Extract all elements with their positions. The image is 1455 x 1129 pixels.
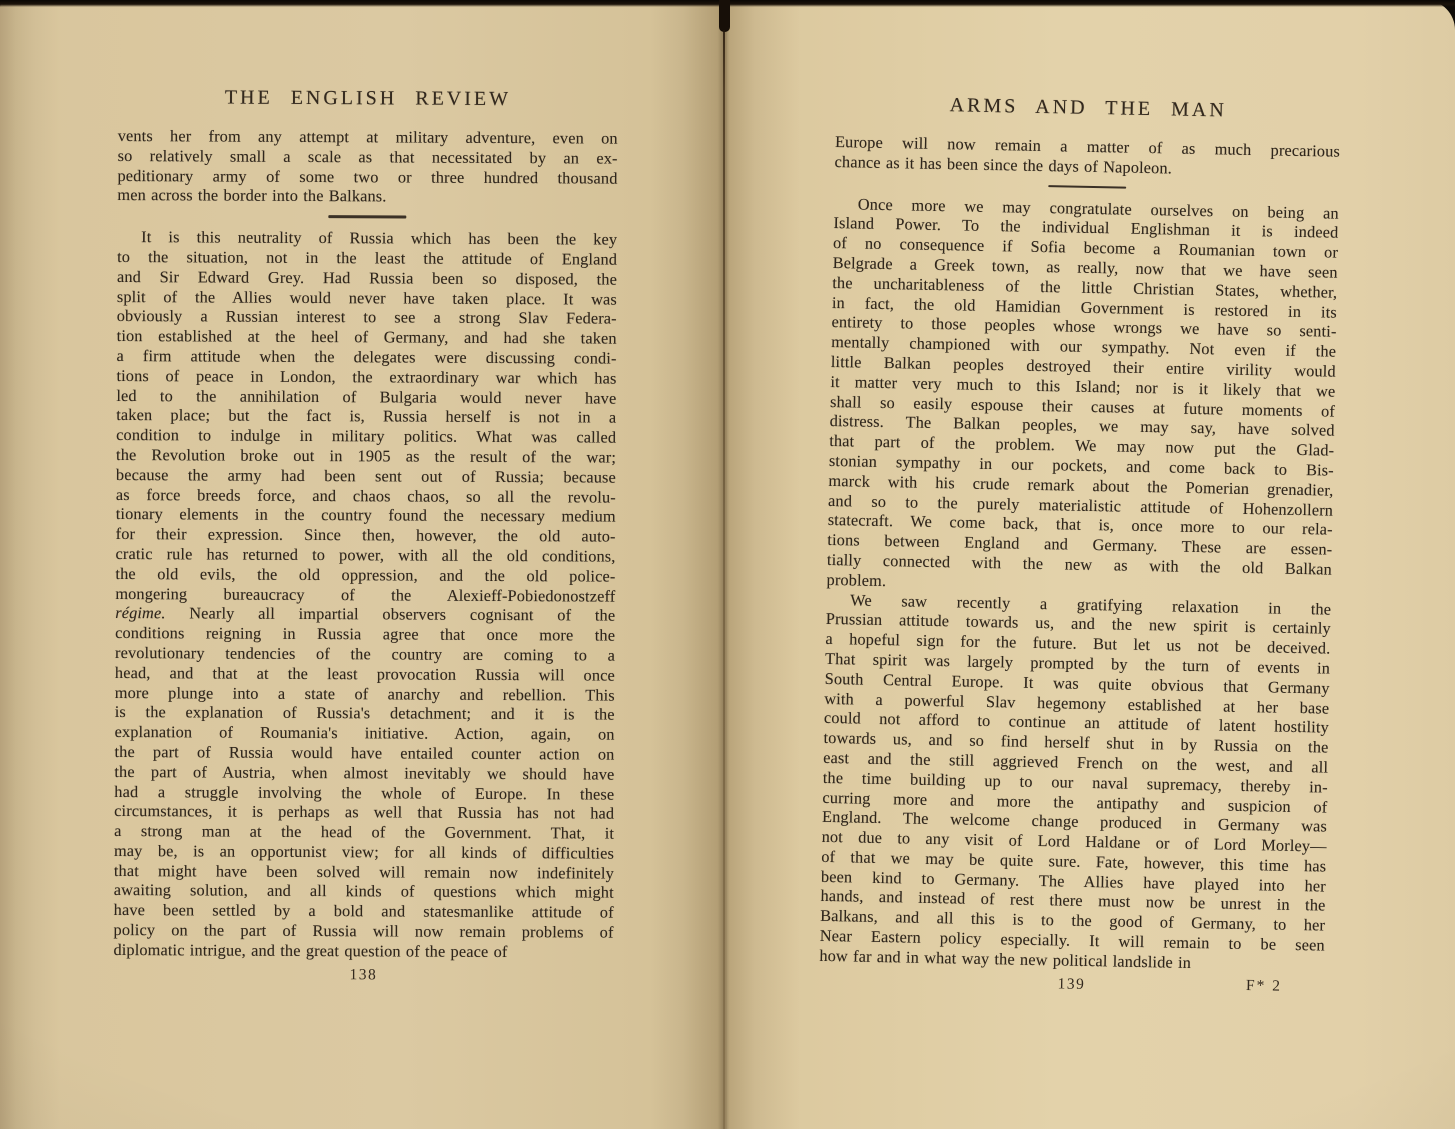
right-page-number: 139 (1057, 975, 1085, 993)
text-line: condition to indulge in military politic… (116, 425, 616, 447)
text-line: led to the annihilation of Bulgaria woul… (116, 386, 616, 408)
text-line: had a struggle involving the whole of Eu… (114, 781, 614, 803)
left-body-text: vents her from any attempt at military a… (113, 126, 617, 962)
text-line: for their expression. Since then, howeve… (116, 524, 616, 546)
text-line: It is this neutrality of Russia which ha… (117, 227, 617, 249)
text-line: vents her from any attempt at military a… (118, 126, 618, 148)
paragraph: It is this neutrality of Russia which ha… (113, 227, 617, 962)
right-body-text: Europe will now remain a matter of as mu… (819, 132, 1340, 975)
right-page: ARMS AND THE MAN Europe will now remain … (727, 0, 1455, 1129)
text-line: obviously a Russian interest to see a st… (117, 306, 617, 328)
text-line: have been settled by a bold and statesma… (114, 900, 614, 922)
text-line: circumstances, it is perhaps as well tha… (114, 801, 614, 823)
text-line: so relatively small a scale as that nece… (118, 146, 618, 168)
section-divider-rule (117, 214, 617, 220)
binding-stitch (719, 0, 730, 32)
text-line: policy on the part of Russia will now re… (114, 920, 614, 942)
text-line: because the army had been sent out of Ru… (116, 465, 616, 487)
text-line: as force breeds force, and chaos chaos, … (116, 485, 616, 507)
right-running-head: ARMS AND THE MAN (836, 92, 1341, 124)
text-line: peditionary army of some two or three hu… (117, 166, 617, 188)
text-line: taken place; but the fact is, Russia her… (116, 405, 616, 427)
right-page-footer: 139 F* 2 (819, 971, 1324, 999)
text-line: a firm attitude when the delegates were … (117, 346, 617, 368)
text-line: tionary elements in the country found th… (116, 504, 616, 526)
text-line: the part of Russia would have entailed c… (114, 742, 614, 764)
text-line: to the situation, not in the least the a… (117, 247, 617, 269)
text-line: the Revolution broke out in 1905 as the … (116, 445, 616, 467)
text-line: diplomatic intrigue, and the great quest… (113, 940, 613, 962)
text-line: explanation of Roumania's initiative. Ac… (115, 722, 615, 744)
paragraph: vents her from any attempt at military a… (117, 126, 617, 208)
text-line: tion established at the heel of Germany,… (117, 326, 617, 348)
text-line: conditions reigning in Russia agree that… (115, 623, 615, 645)
text-line: awaiting solution, and all kinds of ques… (114, 880, 614, 902)
left-text-column: THE ENGLISH REVIEW vents her from any at… (113, 86, 618, 985)
text-line: men across the border into the Balkans. (117, 185, 617, 207)
text-line: régime. Nearly all impartial observers c… (115, 603, 615, 625)
text-line: the old evils, the old oppression, and t… (115, 564, 615, 586)
paragraph: Europe will now remain a matter of as mu… (834, 132, 1340, 181)
left-page-number: 138 (113, 965, 613, 986)
gutter-shadow (650, 0, 800, 1129)
text-line: a strong man at the head of the Governme… (114, 821, 614, 843)
text-line: the part of Austria, when almost inevita… (114, 762, 614, 784)
book-scan: THE ENGLISH REVIEW vents her from any at… (0, 0, 1455, 1129)
paragraph: We saw recently a gratifying relaxation … (819, 589, 1331, 975)
text-line: revolutionary tendencies of the country … (115, 643, 615, 665)
text-line: that might have been solved will remain … (114, 861, 614, 883)
gutter-line (723, 28, 725, 1129)
text-line: is the explanation of Russia's detachmen… (115, 702, 615, 724)
text-line: split of the Allies would never have tak… (117, 287, 617, 309)
section-divider-rule (834, 181, 1339, 194)
text-line: and Sir Edward Grey. Had Russia been so … (117, 267, 617, 289)
left-page: THE ENGLISH REVIEW vents her from any at… (0, 0, 727, 1129)
left-running-head: THE ENGLISH REVIEW (118, 86, 618, 111)
right-text-column: ARMS AND THE MAN Europe will now remain … (819, 92, 1341, 998)
text-line: cratic rule has returned to power, with … (115, 544, 615, 566)
text-line: more plunge into a state of anarchy and … (115, 683, 615, 705)
signature-mark: F* 2 (1246, 977, 1282, 996)
text-line: mongering bureaucracy of the Alexieff-Po… (115, 584, 615, 606)
paragraph: Once more we may congratulate ourselves … (826, 194, 1339, 600)
text-line: head, and that at the least provocation … (115, 663, 615, 685)
text-line: tions of peace in London, the extraordin… (116, 366, 616, 388)
text-line: may be, is an opportunist view; for all … (114, 841, 614, 863)
